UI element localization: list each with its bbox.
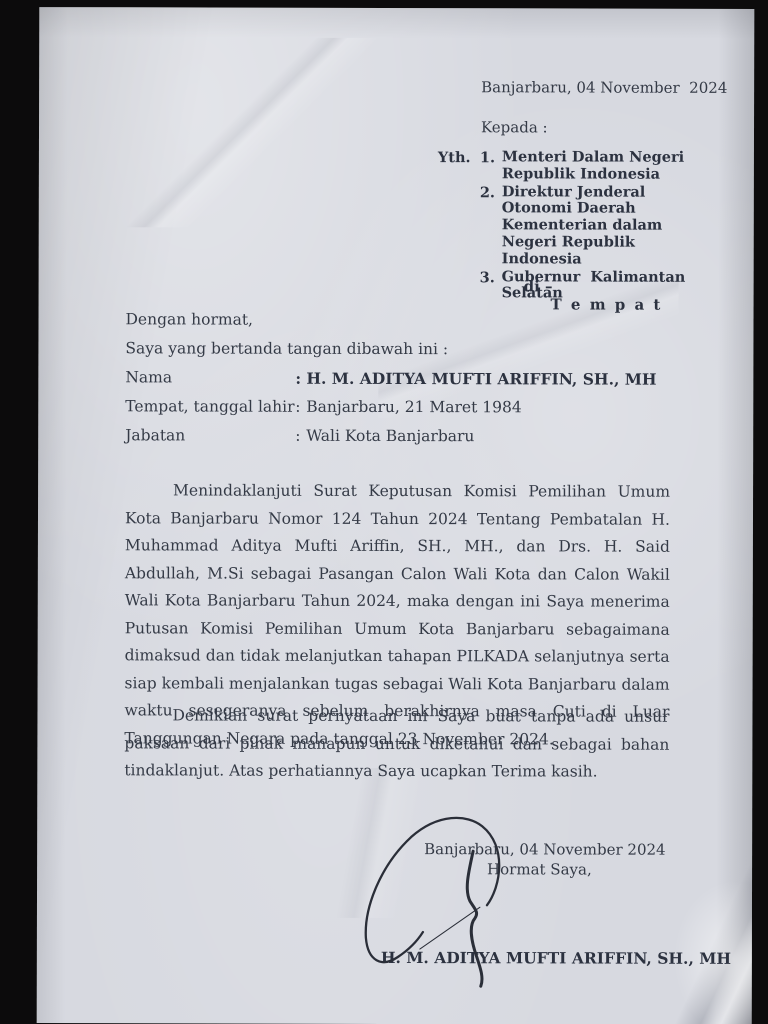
recipient-number: 3. <box>480 269 495 286</box>
field-label: Tempat, tanggal lahir <box>125 397 294 415</box>
letter-date: Banjarbaru, 04 November 2024 <box>481 78 727 97</box>
yth-label: Yth. <box>438 149 471 166</box>
paper-crease <box>99 37 379 228</box>
field-separator: : <box>295 398 300 416</box>
field-value: Banjarbaru, 21 Maret 1984 <box>306 398 521 417</box>
tempat-line: T e m p a t <box>551 295 663 313</box>
intro-line: Saya yang bertanda tangan dibawah ini : <box>125 339 448 358</box>
field-label: Jabatan <box>125 426 185 444</box>
field-row-nama: Nama : H. M. ADITYA MUFTI ARIFFIN, SH., … <box>125 368 685 369</box>
kepada-label: Kepada : <box>481 118 548 136</box>
paper-fold-corner <box>657 859 752 1024</box>
recipient-item: 1. Menteri Dalam Negeri Republik Indones… <box>480 149 700 183</box>
photo-background: Banjarbaru, 04 November 2024 Kepada : Yt… <box>0 0 768 1024</box>
field-row-ttl: Tempat, tanggal lahir : Banjarbaru, 21 M… <box>125 397 685 398</box>
body-paragraph-2: Demikian surat pernyataan ini Saya buat … <box>124 702 669 786</box>
closing-name: H. M. ADITYA MUFTI ARIFFIN, SH., MH <box>381 948 731 968</box>
field-row-jabatan: Jabatan : Wali Kota Banjarbaru <box>125 426 685 427</box>
recipient-number: 1. <box>480 149 495 166</box>
closing-salutation: Hormat Saya, <box>487 860 592 878</box>
recipient-number: 2. <box>480 184 495 201</box>
closing-date: Banjarbaru, 04 November 2024 <box>424 840 666 859</box>
letter-paper: Banjarbaru, 04 November 2024 Kepada : Yt… <box>37 7 755 1024</box>
recipient-item: 2. Direktur Jenderal Otonomi Daerah Keme… <box>480 184 700 269</box>
recipient-text: Menteri Dalam Negeri Republik Indonesia <box>502 149 700 183</box>
salutation: Dengan hormat, <box>125 310 253 328</box>
field-separator: : <box>295 369 301 388</box>
signature-scribble <box>420 907 480 949</box>
field-value: H. M. ADITYA MUFTI ARIFFIN, SH., MH <box>306 369 656 389</box>
field-separator: : <box>295 427 300 445</box>
field-label: Nama <box>125 368 172 386</box>
di-line: di – <box>524 277 553 295</box>
field-value: Wali Kota Banjarbaru <box>306 427 474 445</box>
recipient-text: Direktur Jenderal Otonomi Daerah Kemente… <box>502 184 700 269</box>
recipient-list: 1. Menteri Dalam Negeri Republik Indones… <box>480 149 700 304</box>
recipient-block: Yth. 1. Menteri Dalam Negeri Republik In… <box>438 149 718 150</box>
